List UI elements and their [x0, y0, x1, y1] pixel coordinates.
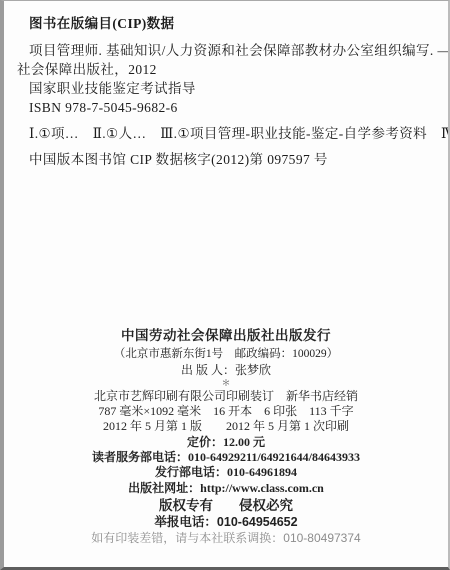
- report-phone: 举报电话：010-64954652: [4, 514, 448, 530]
- cip-record-number: 中国版本图书馆 CIP 数据核字(2012)第 097597 号: [17, 150, 440, 169]
- misprint-exchange-note: 如有印装差错，请与本社联系调换：010-80497374: [4, 530, 448, 546]
- publisher-website: 出版社网址：http://www.class.com.cn: [4, 481, 448, 496]
- publisher-line: 中国劳动社会保障出版社出版发行: [4, 328, 448, 343]
- format-line: 787 毫米×1092 毫米 16 开本 6 印张 113 千字: [4, 404, 448, 419]
- printer-line: 北京市艺辉印刷有限公司印刷装订 新华书店经销: [4, 389, 448, 404]
- cip-series: 国家职业技能鉴定考试指导: [17, 79, 440, 98]
- book-copyright-page: 图书在版编目(CIP)数据 项目管理师. 基础知识/人力资源和社会保障部教材办公…: [0, 0, 450, 570]
- publisher-address: （北京市惠新东街1号 邮政编码：100029）: [4, 347, 448, 362]
- cip-entry-line2: 社会保障出版社，2012: [17, 60, 440, 79]
- copyright-notice-right: 侵权必究: [239, 497, 293, 514]
- cip-isbn: ISBN 978-7-5045-9682-6: [17, 98, 440, 117]
- copyright-notice: 版权专有 侵权必究: [4, 497, 448, 514]
- asterisk-divider: ＊: [4, 378, 448, 389]
- cip-header: 图书在版编目(CIP)数据: [17, 14, 440, 33]
- colophon-block: 中国劳动社会保障出版社出版发行 （北京市惠新东街1号 邮政编码：100029） …: [4, 328, 448, 546]
- distribution-phone: 发行部电话：010-64961894: [4, 465, 448, 480]
- price-line: 定价：12.00 元: [4, 435, 448, 450]
- cip-entry-line1: 项目管理师. 基础知识/人力资源和社会保障部教材办公室组织编写. —北京：中国劳…: [17, 41, 440, 60]
- reader-service-phone: 读者服务部电话：010-64929211/64921644/84643933: [4, 450, 448, 465]
- cip-block: 图书在版编目(CIP)数据 项目管理师. 基础知识/人力资源和社会保障部教材办公…: [17, 14, 440, 169]
- issuer-line: 出 版 人：张梦欣: [4, 363, 448, 378]
- edition-line: 2012 年 5 月第 1 版 2012 年 5 月第 1 次印刷: [4, 419, 448, 434]
- copyright-notice-left: 版权专有: [159, 497, 213, 514]
- cip-classification: Ⅰ.①项… Ⅱ.①人… Ⅲ.①项目管理-职业技能-鉴定-自学参考资料 Ⅳ.①F2…: [17, 124, 440, 143]
